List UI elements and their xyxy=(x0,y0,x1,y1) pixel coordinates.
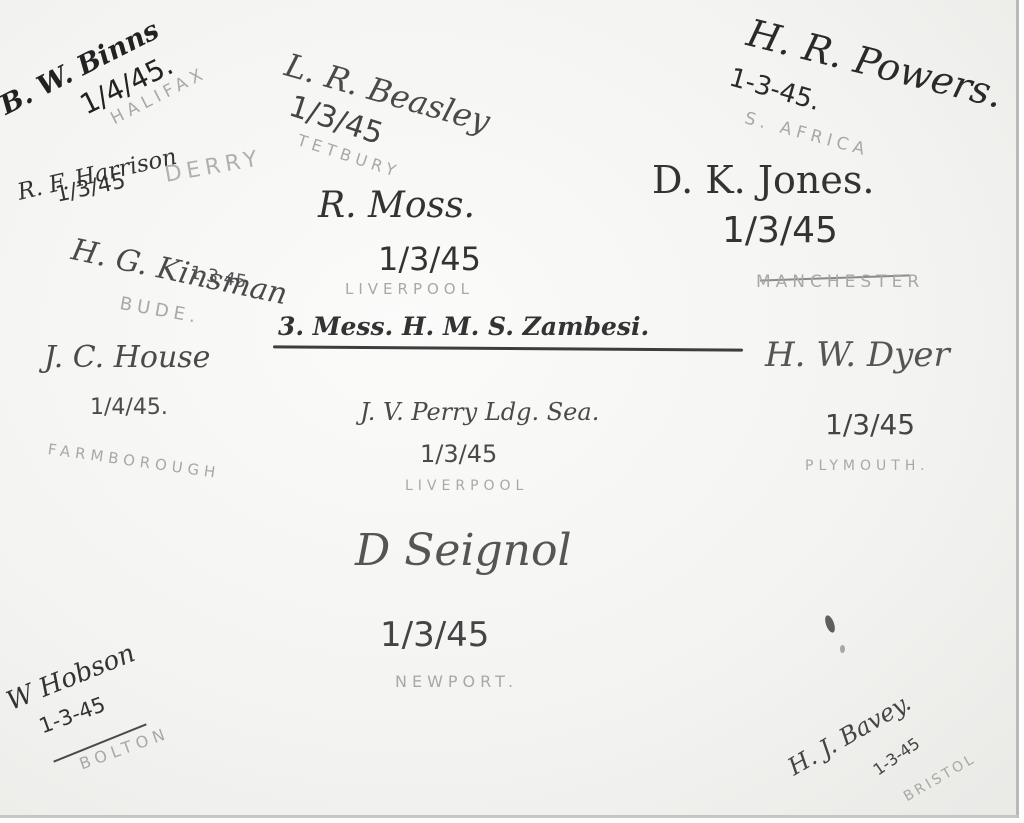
place-seignol: NEWPORT. xyxy=(395,672,518,691)
ink-smudge xyxy=(823,614,837,634)
signature-kinsman: H. G. Kinsman xyxy=(68,232,290,312)
scan-margin-bottom xyxy=(0,818,1024,823)
autograph-page: 3. Mess. H. M. S. Zambesi. B. W. Binns 1… xyxy=(0,0,1018,817)
place-powers: S. AFRICA xyxy=(742,108,871,161)
signature-seignol: D Seignol xyxy=(355,525,572,576)
page-heading: 3. Mess. H. M. S. Zambesi. xyxy=(278,312,649,341)
date-seignol: 1/3/45 xyxy=(380,615,489,655)
signature-house: J. C. House xyxy=(44,340,210,375)
date-perry: 1/3/45 xyxy=(420,440,497,468)
place-moss: LIVERPOOL xyxy=(345,280,474,298)
heading-underline xyxy=(273,345,743,351)
place-house: FARMBOROUGH xyxy=(47,440,222,482)
place-perry: LIVERPOOL xyxy=(405,478,528,494)
signature-moss: R. Moss. xyxy=(318,185,475,226)
scan-margin-right xyxy=(1019,0,1024,823)
signature-perry: J. V. Perry Ldg. Sea. xyxy=(360,398,599,426)
date-powers: 1-3-45. xyxy=(726,63,824,118)
place-jones: MANCHESTER xyxy=(756,272,924,292)
place-dyer: PLYMOUTH. xyxy=(805,458,930,474)
signature-dyer: H. W. Dyer xyxy=(765,335,950,375)
place-harrison: DERRY xyxy=(163,146,264,188)
ink-speck xyxy=(840,645,845,653)
place-kinsman: BUDE. xyxy=(118,293,202,328)
date-moss: 1/3/45 xyxy=(378,240,481,278)
date-house: 1/4/45. xyxy=(90,395,168,420)
date-bavey: 1-3-45 xyxy=(870,734,924,780)
place-bavey: BRISTOL xyxy=(901,751,979,805)
date-jones: 1/3/45 xyxy=(722,210,838,251)
signature-jones: D. K. Jones. xyxy=(652,158,874,202)
date-dyer: 1/3/45 xyxy=(825,408,915,441)
